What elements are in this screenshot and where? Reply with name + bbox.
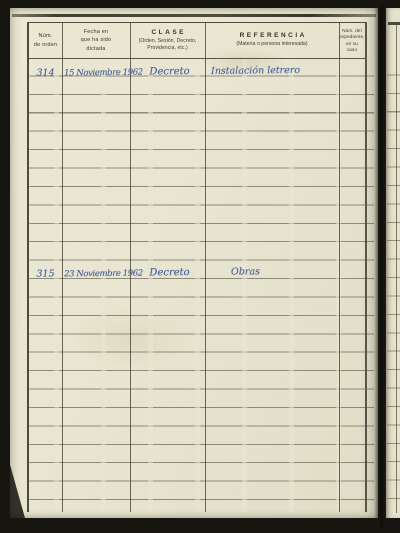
adjacent-page-ruled-lines <box>387 57 400 509</box>
table-header-row: Núm. de orden Fecha en que ha sido dicta… <box>29 23 365 59</box>
column-header-num-orden: Núm. de orden <box>29 23 62 58</box>
page-corner-shadow <box>10 460 25 518</box>
header-title: CLASE <box>149 29 186 36</box>
header-text: Núm. <box>39 32 53 41</box>
header-title: REFERENCIA <box>237 32 307 39</box>
entry-fecha: 15 Noviembre 1962 <box>62 68 132 79</box>
entry-referencia: Obras <box>207 266 260 278</box>
column-header-clase: CLASE (Orden, Sesión, Decreto, Providenc… <box>130 23 205 58</box>
registry-table: Núm. de orden Fecha en que ha sido dicta… <box>27 22 367 512</box>
header-subtext: Providencia, etc.) <box>147 45 187 53</box>
entry-clase: Decreto <box>132 66 207 78</box>
header-text: caso <box>347 47 357 53</box>
adjacent-page-edge <box>386 8 400 518</box>
column-header-expediente: Núm. del expediente, en su caso <box>339 23 365 58</box>
header-text: de orden <box>34 41 57 50</box>
header-subtext: (Materia o persona interesada) <box>236 41 307 49</box>
adjacent-page-top-rule <box>388 22 400 25</box>
entry-num-orden: 314 <box>29 67 62 78</box>
entry-num-orden: 315 <box>29 268 62 279</box>
handwritten-entry: 314 15 Noviembre 1962 Decreto Instalació… <box>29 57 365 79</box>
page-top-rule <box>12 14 376 17</box>
ledger-page: Núm. de orden Fecha en que ha sido dicta… <box>10 8 378 518</box>
scanned-ledger-photo: Núm. de orden Fecha en que ha sido dicta… <box>0 0 400 533</box>
header-subtext: (Orden, Sesión, Decreto, <box>139 38 197 46</box>
header-text: dictada <box>86 45 105 54</box>
entry-referencia: Instalación letrero <box>207 65 300 77</box>
header-text: que ha sido <box>81 36 112 45</box>
entry-fecha: 23 Noviembre 1962 <box>62 269 132 280</box>
handwritten-entry: 315 23 Noviembre 1962 Decreto Obras <box>29 258 365 280</box>
entry-clase: Decreto <box>132 267 207 279</box>
ruled-lines <box>28 58 374 512</box>
column-header-fecha: Fecha en que ha sido dictada <box>62 23 130 58</box>
column-header-referencia: REFERENCIA (Materia o persona interesada… <box>205 23 339 58</box>
header-text: Fecha en <box>84 28 109 37</box>
